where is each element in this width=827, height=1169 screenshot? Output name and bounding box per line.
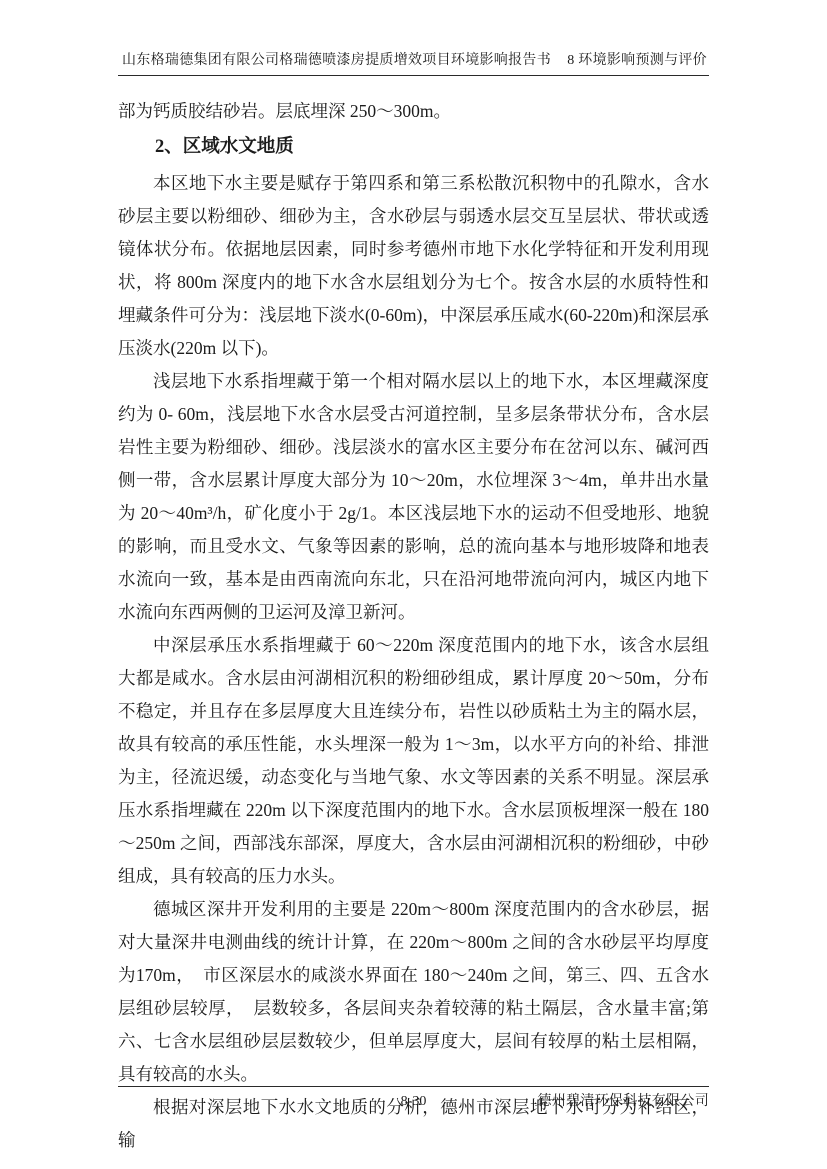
page-header: 山东格瑞德集团有限公司格瑞德喷漆房提质增效项目环境影响报告书 8 环境影响预测与… bbox=[118, 52, 709, 76]
page-footer: 8-30 德州碧清环保科技有限公司 bbox=[118, 1086, 709, 1111]
body-paragraphs: 本区地下水主要是赋存于第四系和第三系松散沉积物中的孔隙水，含水砂层主要以粉细砂、… bbox=[118, 167, 709, 1157]
section-heading: 2、区域水文地质 bbox=[118, 131, 709, 164]
header-document-title: 山东格瑞德集团有限公司格瑞德喷漆房提质增效项目环境影响报告书 bbox=[122, 52, 551, 70]
document-page: 山东格瑞德集团有限公司格瑞德喷漆房提质增效项目环境影响报告书 8 环境影响预测与… bbox=[0, 0, 827, 1169]
paragraph: 浅层地下水系指埋藏于第一个相对隔水层以上的地下水，本区埋藏深度约为 0- 60m… bbox=[118, 365, 709, 629]
paragraph: 本区地下水主要是赋存于第四系和第三系松散沉积物中的孔隙水，含水砂层主要以粉细砂、… bbox=[118, 167, 709, 365]
paragraph: 中深层承压水系指埋藏于 60～220m 深度范围内的地下水，该含水层组大都是咸水… bbox=[118, 629, 709, 893]
continuation-line: 部为钙质胶结砂岩。层底埋深 250～300m。 bbox=[118, 95, 709, 128]
body-content: 部为钙质胶结砂岩。层底埋深 250～300m。 2、区域水文地质 本区地下水主要… bbox=[118, 95, 709, 1157]
header-chapter-title: 8 环境影响预测与评价 bbox=[567, 52, 707, 70]
paragraph: 德城区深井开发利用的主要是 220m～800m 深度范围内的含水砂层，据对大量深… bbox=[118, 893, 709, 1091]
footer-page-number: 8-30 bbox=[118, 1093, 709, 1111]
